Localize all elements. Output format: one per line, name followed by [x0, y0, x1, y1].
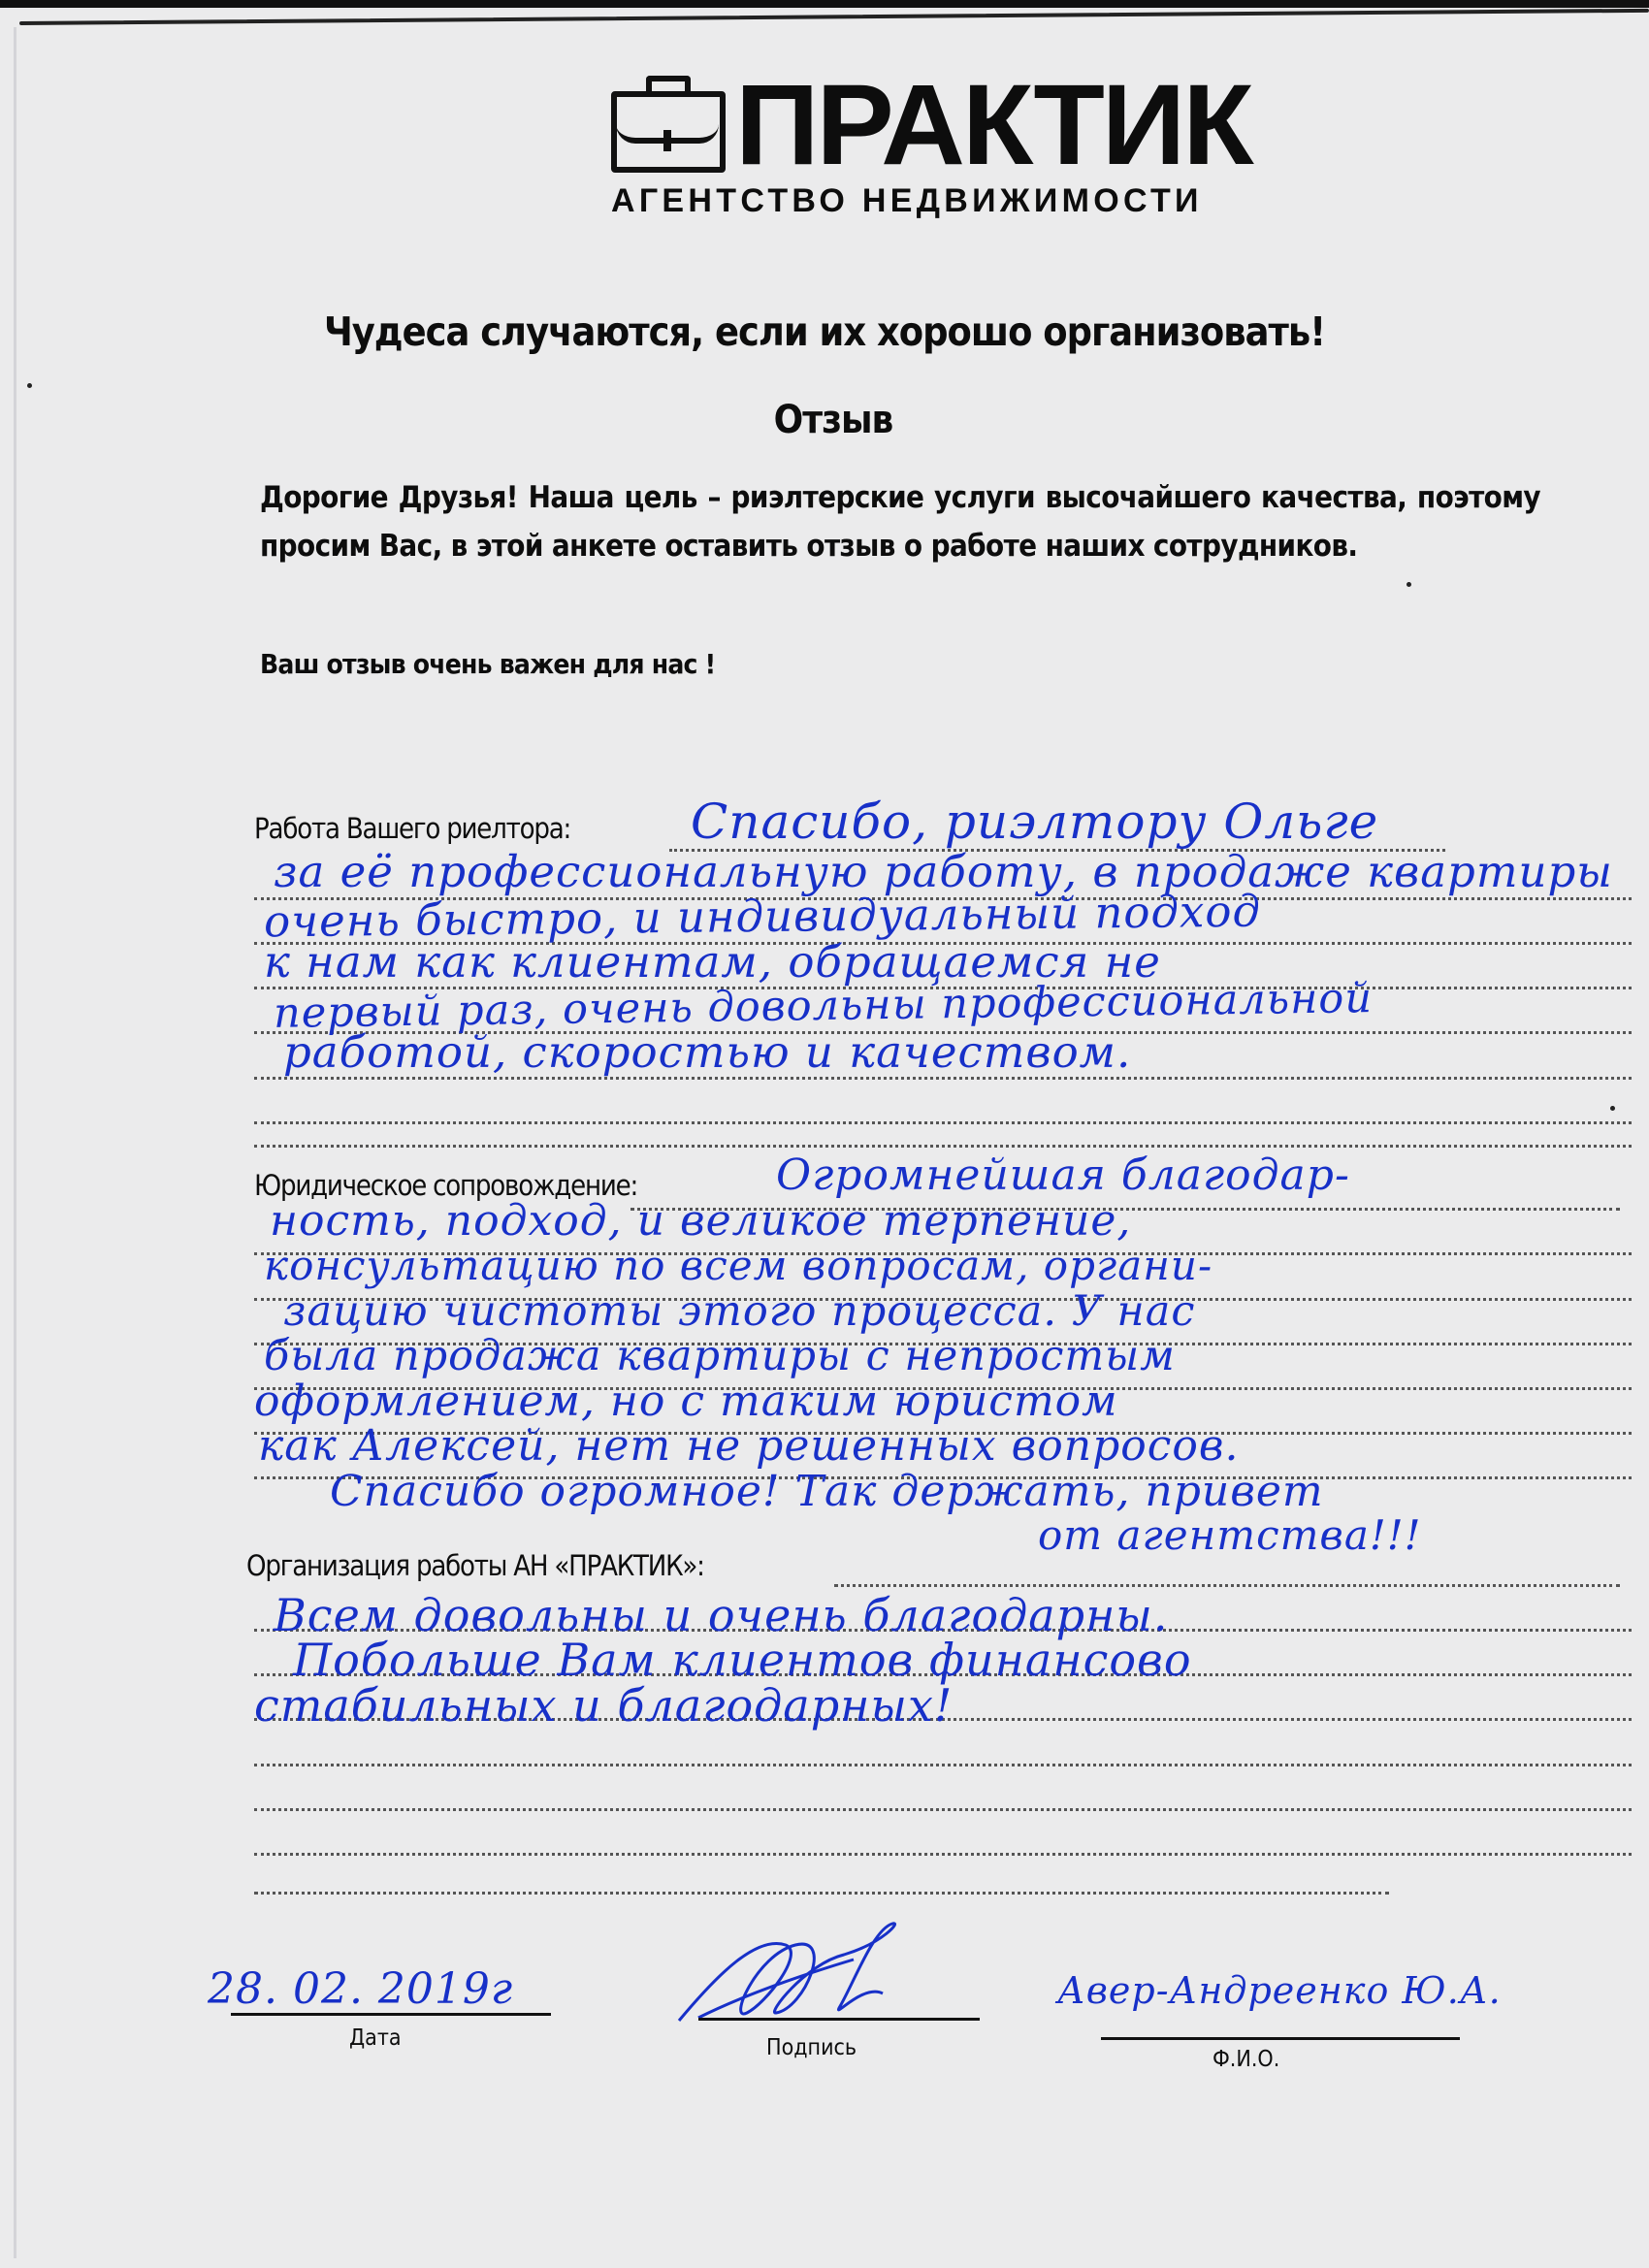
handwritten-answer-line: оформлением, но с таким юристом — [254, 1377, 1118, 1426]
signature-label: Подпись — [766, 2035, 857, 2060]
handwritten-answer-line: как Алексей, нет не решенных вопросов. — [258, 1421, 1240, 1471]
name-value: Авер-Андреенко Ю.А. — [1057, 1969, 1502, 2012]
section-label: Организация работы АН «ПРАКТИК»: — [246, 1549, 710, 1582]
intro-text: Дорогие Друзья! Наша цель – риэлтерские … — [260, 473, 1540, 570]
scan-speck — [1406, 582, 1411, 587]
briefcase-icon — [611, 91, 726, 173]
handwritten-answer-line: консультацию по всем вопросам, органи- — [264, 1242, 1212, 1289]
date-label: Дата — [349, 2025, 402, 2051]
answer-line — [254, 1764, 1632, 1766]
handwritten-answer-line: стабильных и благодарных! — [254, 1679, 953, 1732]
answer-line — [254, 1808, 1632, 1811]
handwritten-answer-line: работой, скоростью и качеством. — [283, 1026, 1131, 1078]
answer-line — [254, 1892, 1389, 1895]
name-line — [1101, 2037, 1460, 2040]
answer-line — [254, 1145, 1632, 1148]
name-label: Ф.И.О. — [1212, 2047, 1279, 2072]
important-note: Ваш отзыв очень важен для нас ! — [260, 648, 715, 680]
scan-speck — [1610, 1106, 1615, 1111]
handwritten-signature — [660, 1916, 989, 2032]
handwritten-answer-line: Побольше Вам клиентов финансово — [293, 1634, 1192, 1686]
page-title: Отзыв — [0, 398, 1649, 442]
handwritten-answer-line: Спасибо огромное! Так держать, привет — [330, 1467, 1324, 1516]
logo-subtitle: АГЕНТСТВО НЕДВИЖИМОСТИ — [611, 182, 1203, 220]
handwritten-answer-line: была продажа квартиры с непростым — [264, 1332, 1176, 1380]
scan-left-edge — [14, 27, 16, 2258]
logo-name: ПРАКТИК — [735, 68, 1251, 182]
slogan: Чудеса случаются, если их хорошо организ… — [0, 308, 1649, 355]
handwritten-answer-line: ность, подход, и великое терпение, — [270, 1196, 1131, 1246]
scan-paper-edge — [19, 9, 1649, 25]
answer-line — [834, 1584, 1620, 1587]
scan-top-border — [0, 0, 1649, 8]
scan-speck — [27, 383, 32, 388]
date-value: 28. 02. 2019г — [208, 1964, 513, 2014]
handwritten-answer-line: Спасибо, риэлтору Ольге — [691, 794, 1378, 850]
answer-line — [254, 1853, 1632, 1856]
handwritten-answer-line: Огромнейшая благодар- — [776, 1150, 1350, 1200]
date-line — [231, 2013, 551, 2016]
handwritten-answer-line: зацию чистоты этого процесса. У нас — [283, 1287, 1195, 1336]
handwritten-answer-line: от агентства!!! — [1038, 1511, 1422, 1559]
answer-line — [254, 1121, 1632, 1124]
signature-line — [698, 2018, 980, 2021]
section-label: Работа Вашего риелтора: — [254, 812, 576, 845]
company-logo: ПРАКТИК АГЕНТСТВО НЕДВИЖИМОСТИ — [611, 85, 1212, 221]
